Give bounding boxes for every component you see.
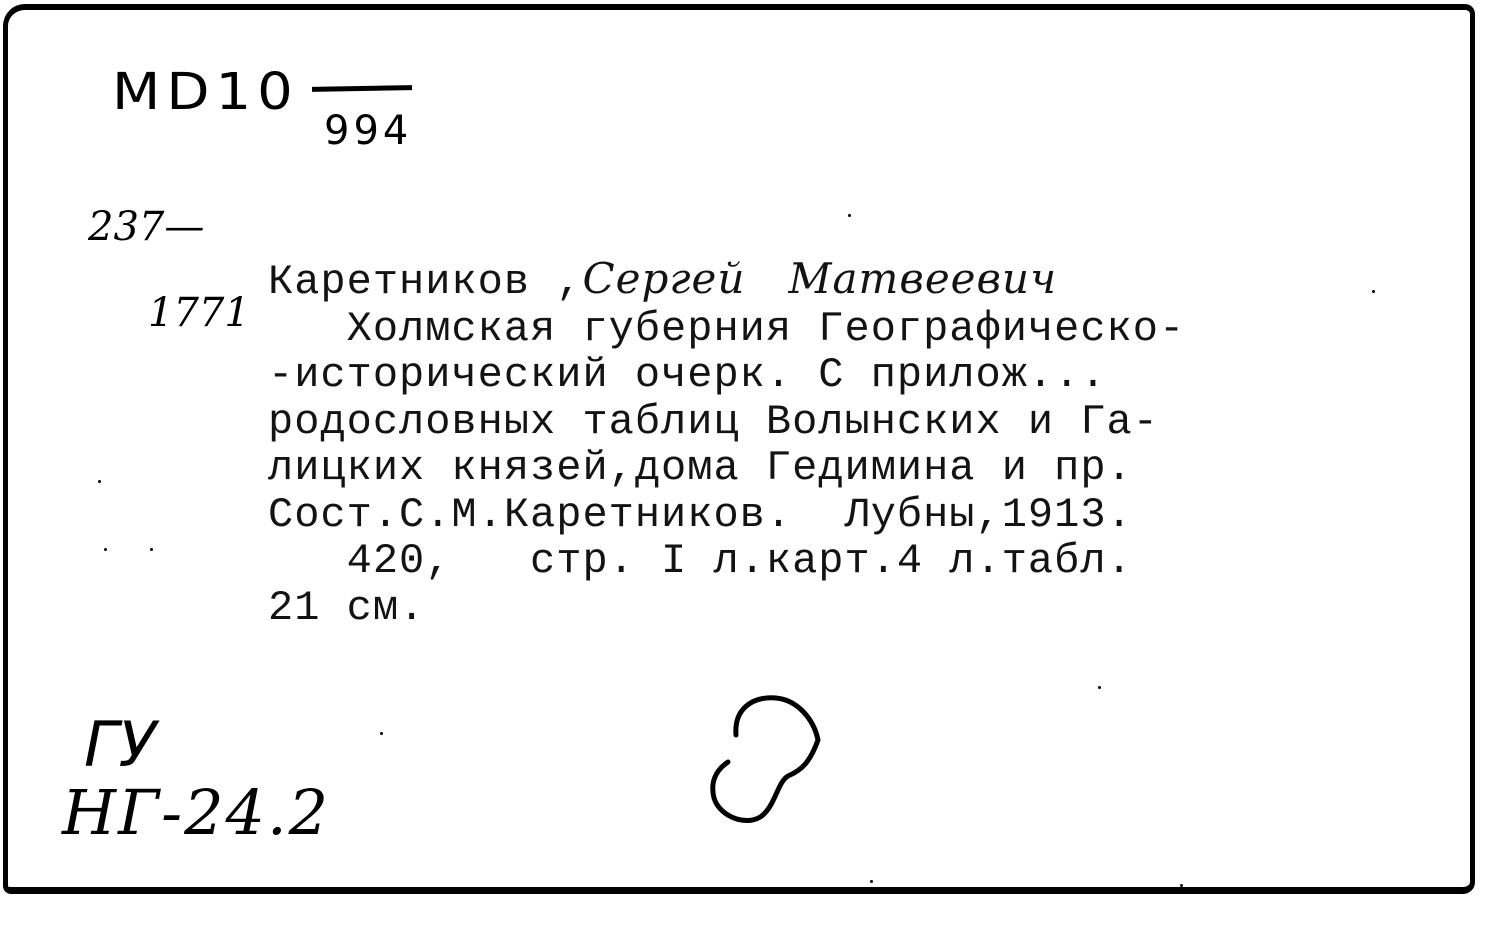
scan-speck <box>1372 290 1375 293</box>
entry-line: Холмская губерния Географическо- <box>268 306 1185 353</box>
entry-line: Сост.С.М.Каретников. Лубны,1913. <box>268 492 1185 539</box>
location-code-2: НГ-24.2 <box>62 776 330 849</box>
scan-speck <box>870 880 873 883</box>
entry-line: родословных таблиц Волынских и Га- <box>268 399 1185 446</box>
inventory-number-2: 1771 <box>148 290 250 336</box>
inventory-number-1: 237— <box>88 204 204 250</box>
scan-speck <box>98 480 101 483</box>
stamp-outline-icon <box>706 690 826 830</box>
scan-speck <box>150 548 153 551</box>
scan-speck <box>848 214 851 217</box>
scan-speck <box>1098 686 1101 689</box>
shelf-mark-sub: 994 <box>324 108 412 154</box>
bibliographic-entry: Каретников ,Сергей Матвеевич Холмская гу… <box>268 256 1185 631</box>
scan-speck <box>380 732 383 735</box>
entry-line: 420, стр. I л.карт.4 л.табл. <box>268 538 1185 585</box>
entry-line: лицких князей,дома Гедимина и пр. <box>268 445 1185 492</box>
entry-line: 21 см. <box>268 585 1185 632</box>
shelf-mark: MD10 <box>112 63 299 122</box>
author-surname: Каретников , <box>268 258 582 306</box>
entry-line-author: Каретников ,Сергей Матвеевич <box>268 256 1185 306</box>
scan-speck <box>1180 884 1183 887</box>
author-given-names: Сергей Матвеевич <box>582 254 1057 303</box>
scan-speck <box>104 548 107 551</box>
entry-line: -исторический очерк. С прилож... <box>268 352 1185 399</box>
location-code-1: ГУ <box>84 708 156 781</box>
